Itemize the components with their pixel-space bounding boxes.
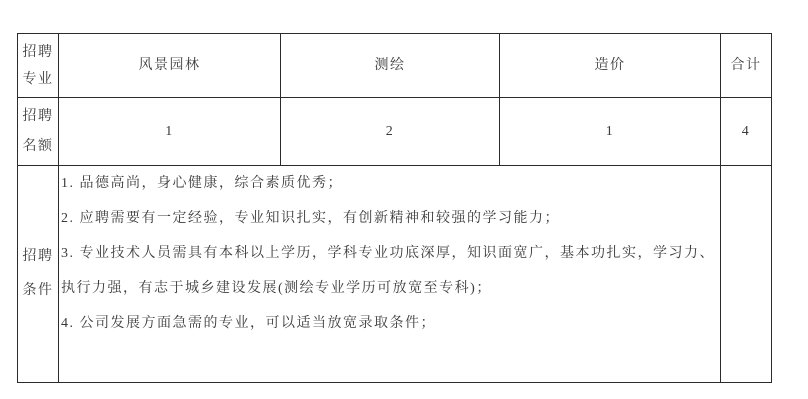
total-column-empty-cell	[721, 166, 772, 383]
condition-item-4: 4. 公司发展方面急需的专业，可以适当放宽录取条件；	[61, 306, 718, 341]
condition-item-3: 3. 专业技术人员需具有本科以上学历，学科专业功底深厚，知识面宽广，基本功扎实，…	[61, 236, 718, 306]
row-label-recruitment-quota: 招聘名额	[18, 98, 59, 166]
major-cost-engineering: 造价	[500, 34, 721, 98]
table-row-conditions: 招聘条件 1. 品德高尚，身心健康，综合素质优秀； 2. 应聘需要有一定经验，专…	[18, 166, 772, 383]
conditions-cell: 1. 品德高尚，身心健康，综合素质优秀； 2. 应聘需要有一定经验，专业知识扎实…	[59, 166, 721, 383]
row-label-recruitment-major: 招聘专业	[18, 34, 59, 98]
condition-item-2: 2. 应聘需要有一定经验，专业知识扎实，有创新精神和较强的学习能力；	[61, 201, 718, 236]
table-row-quotas: 招聘名额 1 2 1 4	[18, 98, 772, 166]
column-total-header: 合计	[721, 34, 772, 98]
quota-landscape-architecture: 1	[59, 98, 281, 166]
row-label-recruitment-conditions: 招聘条件	[18, 166, 59, 383]
condition-item-1: 1. 品德高尚，身心健康，综合素质优秀；	[61, 166, 718, 201]
quota-surveying-mapping: 2	[281, 98, 500, 166]
table-row-majors: 招聘专业 风景园林 测绘 造价 合计	[18, 34, 772, 98]
major-surveying-mapping: 测绘	[281, 34, 500, 98]
quota-cost-engineering: 1	[500, 98, 721, 166]
major-landscape-architecture: 风景园林	[59, 34, 281, 98]
quota-total: 4	[721, 98, 772, 166]
recruitment-table: 招聘专业 风景园林 测绘 造价 合计 招聘名额 1 2 1 4 招聘条件 1. …	[17, 33, 772, 383]
